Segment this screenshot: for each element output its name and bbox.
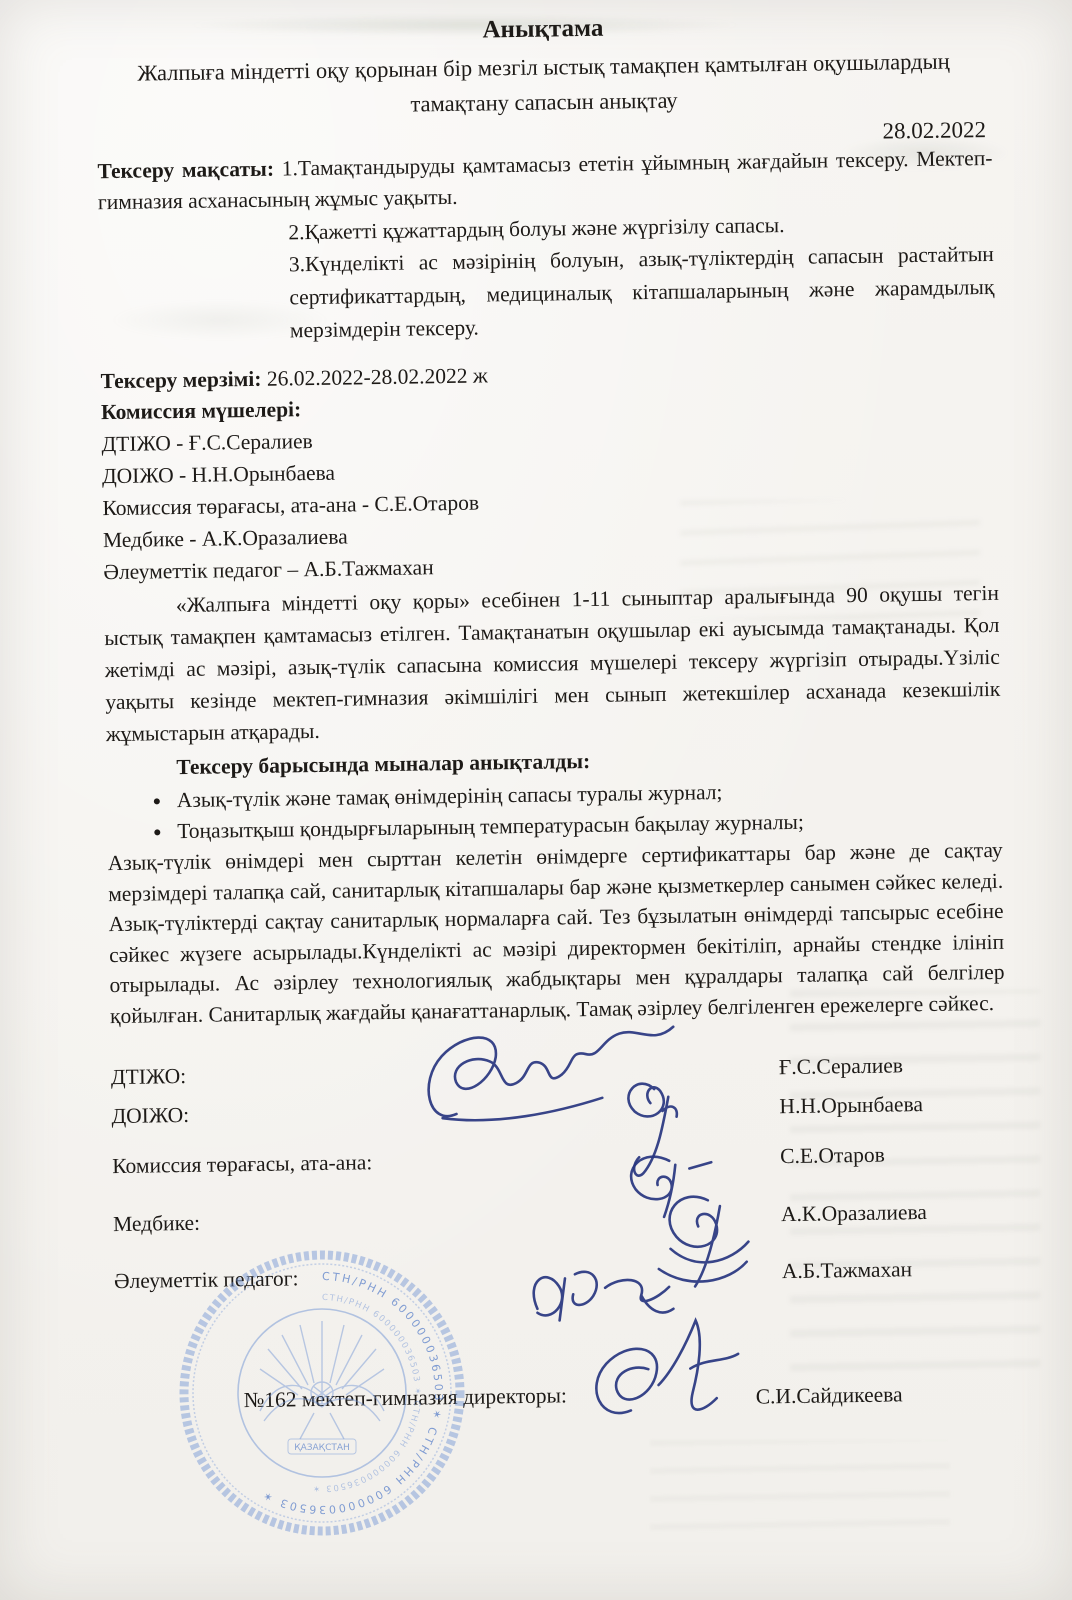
period-label: Тексеру мерзімі:: [100, 367, 267, 393]
signature-row: ДТІЖО: Ғ.С.Сералиев: [111, 1052, 1006, 1095]
stamp-center-text: ҚАЗАҚСТАН: [294, 1443, 350, 1453]
signature-label: ДОІЖО:: [111, 1103, 189, 1128]
signature-row: ДОІЖО: Н.Н.Орынбаева: [111, 1091, 1006, 1134]
director-name: С.И.Сайдикеева: [756, 1379, 903, 1411]
purpose-items: 2.Қажетті құжаттардың болуы және жүргізі…: [288, 206, 995, 347]
stamp-emblem-icon: [260, 1321, 384, 1439]
signature-label: ДТІЖО:: [111, 1064, 187, 1089]
signature-stroke-icon: [595, 1320, 739, 1414]
document-content: Анықтама Жалпыға міндетті оқу қорынан бі…: [0, 0, 1072, 1428]
signature-name: А.К.Оразалиева: [781, 1200, 927, 1227]
signature-row: Комиссия төрағасы, ата-ана: С.Е.Отаров: [112, 1141, 1007, 1184]
commission-members: ДТІЖО - Ғ.С.Сералиев ДОІЖО - Н.Н.Орынбае…: [101, 415, 998, 588]
body-paragraph: «Жалпыға міндетті оқу қоры» есебінен 1-1…: [104, 577, 1001, 750]
document-subtitle: Жалпыға міндетті оқу қорынан бір мезгіл …: [96, 43, 992, 126]
signature-row: Медбике: А.К.Оразалиева: [113, 1199, 1008, 1242]
conclusion-paragraph: Азық-түлік өнімдері мен сырттан келетін …: [108, 835, 1006, 1031]
purpose-item-3: 3.Күнделікті ас мәзірінің болуын, азық-т…: [289, 238, 995, 347]
director-signature-icon: [569, 1303, 771, 1456]
scanned-document-page: Анықтама Жалпыға міндетті оқу қорынан бі…: [0, 0, 1072, 1600]
signature-label: Комиссия төрағасы, ата-ана:: [112, 1150, 372, 1178]
purpose-label: Тексеру мақсаты:: [97, 156, 282, 183]
period-value: 26.02.2022-28.02.2022 ж: [267, 363, 488, 390]
signature-name: Ғ.С.Сералиев: [779, 1053, 903, 1080]
signature-name: С.Е.Отаров: [780, 1143, 885, 1170]
stamp-seal: СТН/РНН 600000036503 ✶ СТН/РНН 600000036…: [172, 1243, 472, 1543]
signature-label: Медбике:: [113, 1211, 200, 1236]
signature-name: Н.Н.Орынбаева: [779, 1092, 923, 1119]
signature-name: А.Б.Тажмахан: [782, 1257, 912, 1284]
scan-artifact: [650, 1440, 950, 1530]
